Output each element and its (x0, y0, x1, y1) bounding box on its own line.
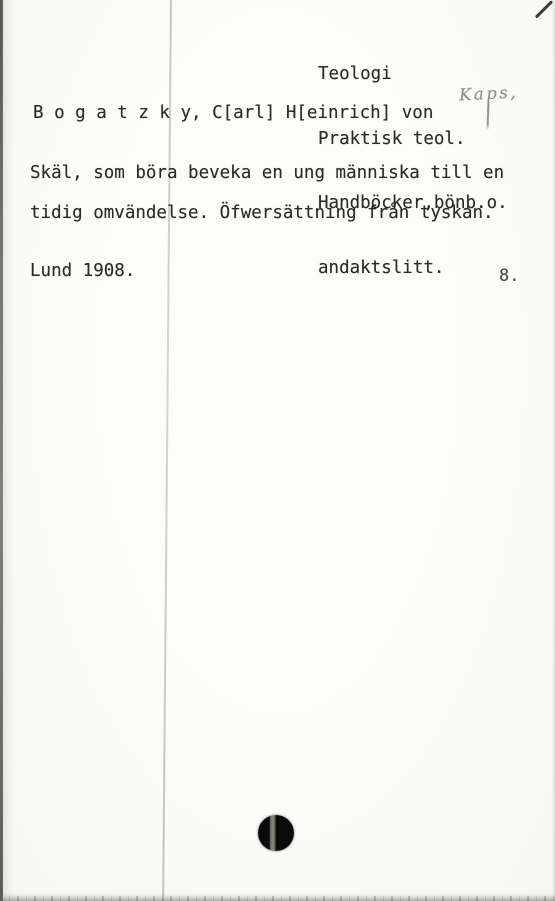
corner-pen-stroke-mark (535, 0, 554, 19)
punch-hole (258, 815, 294, 851)
author-heading: B o g a t z k y, C[arl] H[einrich] von (33, 103, 433, 124)
classification-line: andaktslitt. (318, 258, 508, 280)
title-text-line: Skäl, som böra beveka en ung människa ti… (30, 163, 504, 184)
left-edge-shading (2, 0, 15, 901)
title-text-line: tidig omvändelse. Öfwersättning från tys… (30, 203, 494, 224)
vertical-crease (162, 0, 172, 901)
classification-line: Praktisk teol. (318, 129, 508, 151)
classification-line: Teologi (318, 64, 508, 86)
format-number: 8. (499, 266, 519, 287)
bottom-scan-edge-streaks (0, 896, 555, 901)
catalog-card: Teologi Praktisk teol. Handböcker,bönb.o… (0, 0, 555, 901)
imprint-place-year: Lund 1908. (30, 261, 135, 282)
